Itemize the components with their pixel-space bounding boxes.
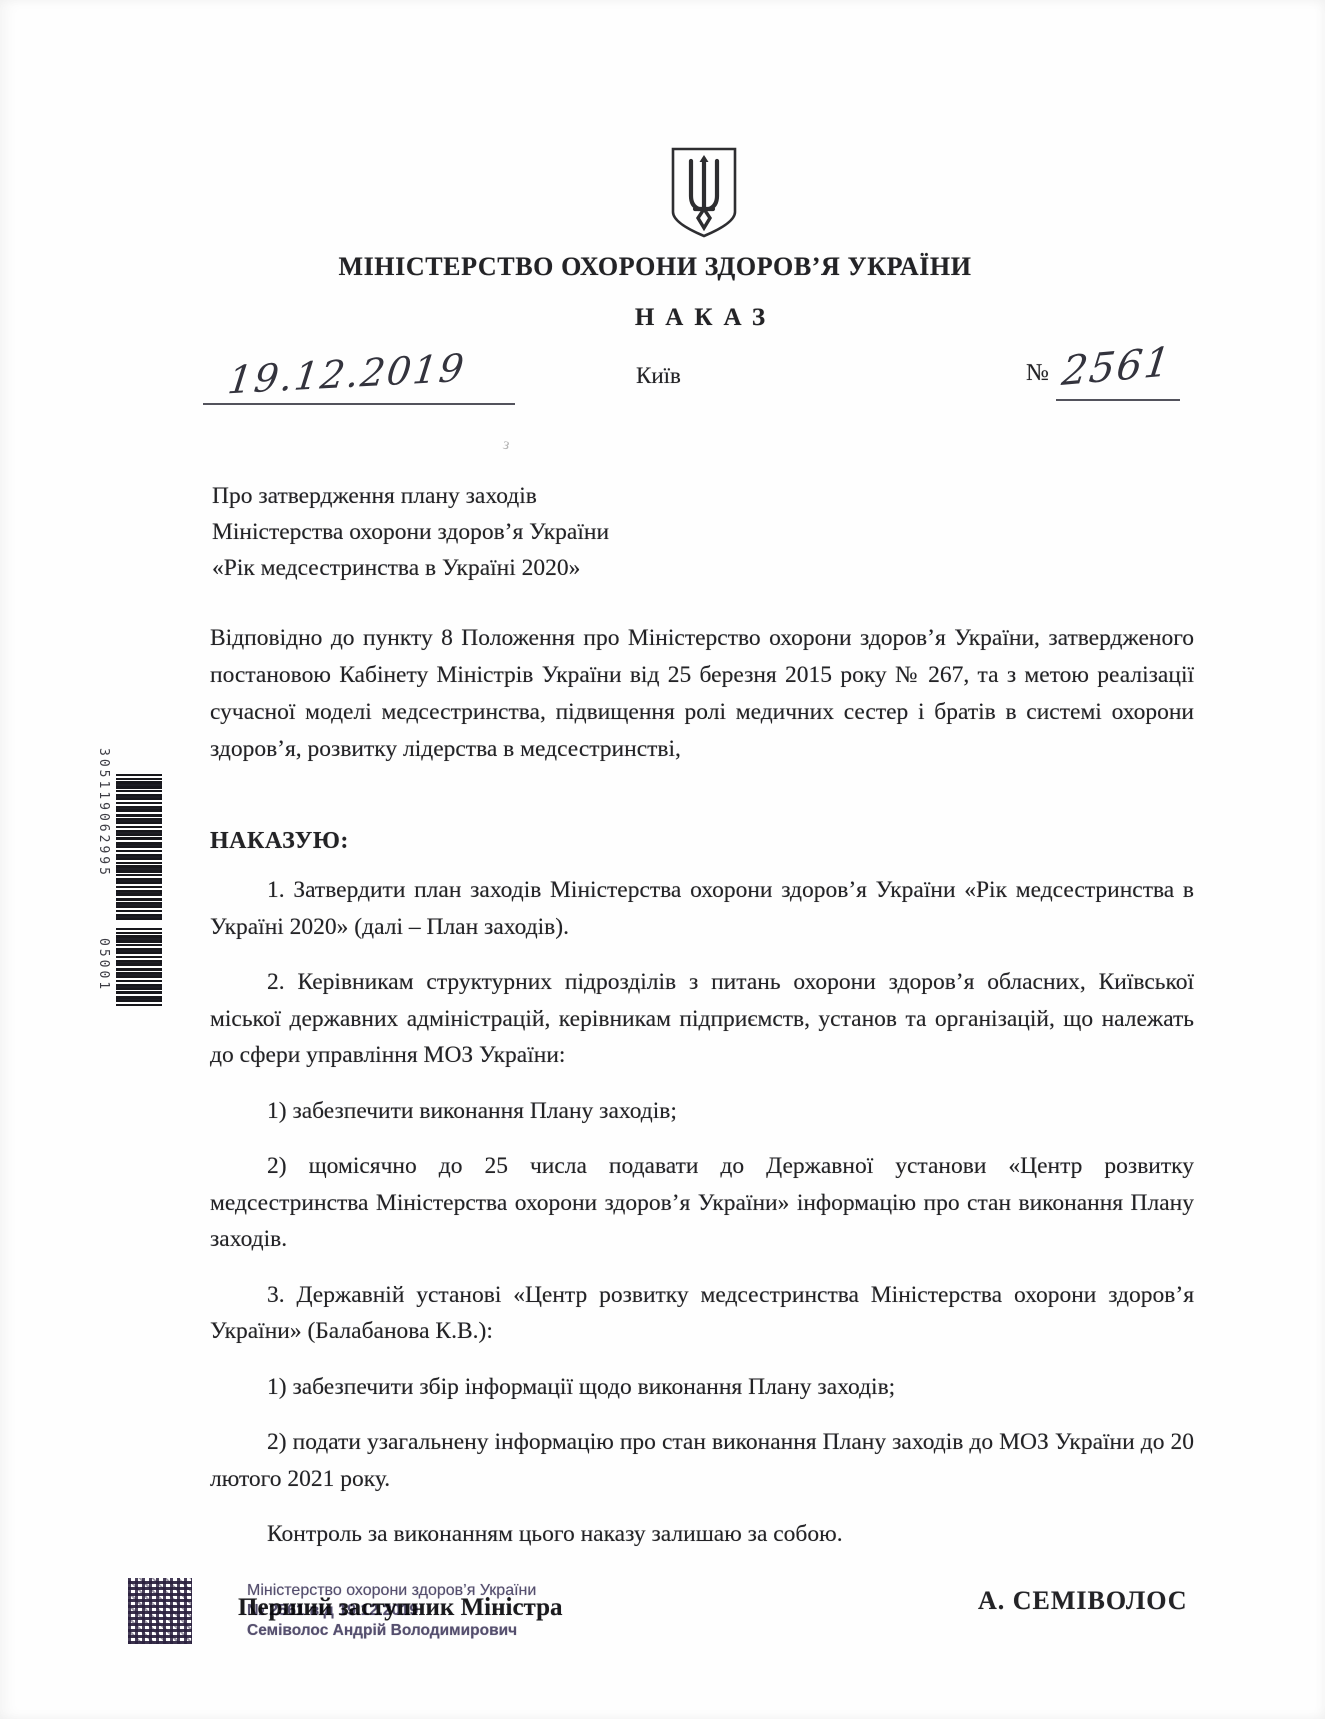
control-clause: Контроль за виконанням цього наказу зали… bbox=[210, 1516, 1194, 1553]
handwritten-number: 2561 bbox=[1059, 339, 1174, 395]
order-item: 1. Затвердити план заходів Міністерства … bbox=[210, 872, 1194, 945]
document-type-title: НАКАЗ bbox=[210, 304, 1190, 332]
scan-artifact-mark: з bbox=[501, 436, 511, 455]
city-label: Київ bbox=[636, 363, 681, 389]
subject-line: Міністерства охорони здоров’я України bbox=[212, 514, 609, 550]
qr-code-icon bbox=[128, 1578, 192, 1644]
order-items: 1. Затвердити план заходів Міністерства … bbox=[210, 872, 1194, 1572]
order-subitem: 2) щомісячно до 25 числа подавати до Дер… bbox=[210, 1148, 1194, 1258]
subject-line: «Рік медсестринства в Україні 2020» bbox=[212, 550, 609, 586]
barcode-bars bbox=[116, 774, 162, 920]
order-heading: НАКАЗУЮ: bbox=[210, 828, 349, 855]
number-underline bbox=[1056, 399, 1180, 401]
date-underline bbox=[203, 403, 515, 405]
number-sign: № bbox=[1026, 360, 1049, 387]
barcode-digits-tail: 05001 bbox=[96, 938, 111, 1014]
ukraine-trident-emblem-icon bbox=[668, 146, 740, 240]
scanned-order-document: МІНІСТЕРСТВО ОХОРОНИ ЗДОРОВ’Я УКРАЇНИ НА… bbox=[0, 0, 1325, 1719]
handwritten-date: 19.12.2019 bbox=[225, 346, 468, 403]
order-subitem: 1) забезпечити виконання Плану заходів; bbox=[210, 1093, 1194, 1130]
signature-block: Міністерство охорони здоров’я України № … bbox=[0, 1570, 1325, 1719]
ministry-title: МІНІСТЕРСТВО ОХОРОНИ ЗДОРОВ’Я УКРАЇНИ bbox=[210, 252, 1100, 282]
e-signature-stamp-line: Семіволос Андрій Володимирович bbox=[247, 1622, 517, 1640]
order-item: 3. Державній установі «Центр розвитку ме… bbox=[210, 1277, 1194, 1350]
barcode-bars bbox=[116, 928, 162, 1008]
subject-block: Про затвердження плану заходів Міністерс… bbox=[212, 478, 609, 586]
order-item: 2. Керівникам структурних підрозділів з … bbox=[210, 964, 1194, 1074]
signer-name: А. СЕМІВОЛОС bbox=[978, 1586, 1188, 1616]
order-subitem: 2) подати узагальнену інформацію про ста… bbox=[210, 1424, 1194, 1497]
preamble-paragraph: Відповідно до пункту 8 Положення про Мін… bbox=[210, 620, 1194, 768]
vertical-barcode-icon: 305119062995 05001 bbox=[96, 742, 164, 1022]
order-subitem: 1) забезпечити збір інформації щодо вико… bbox=[210, 1369, 1194, 1406]
subject-line: Про затвердження плану заходів bbox=[212, 478, 609, 514]
barcode-digits-main: 305119062995 bbox=[96, 748, 111, 924]
signer-position: Перший заступник Міністра bbox=[238, 1594, 563, 1622]
